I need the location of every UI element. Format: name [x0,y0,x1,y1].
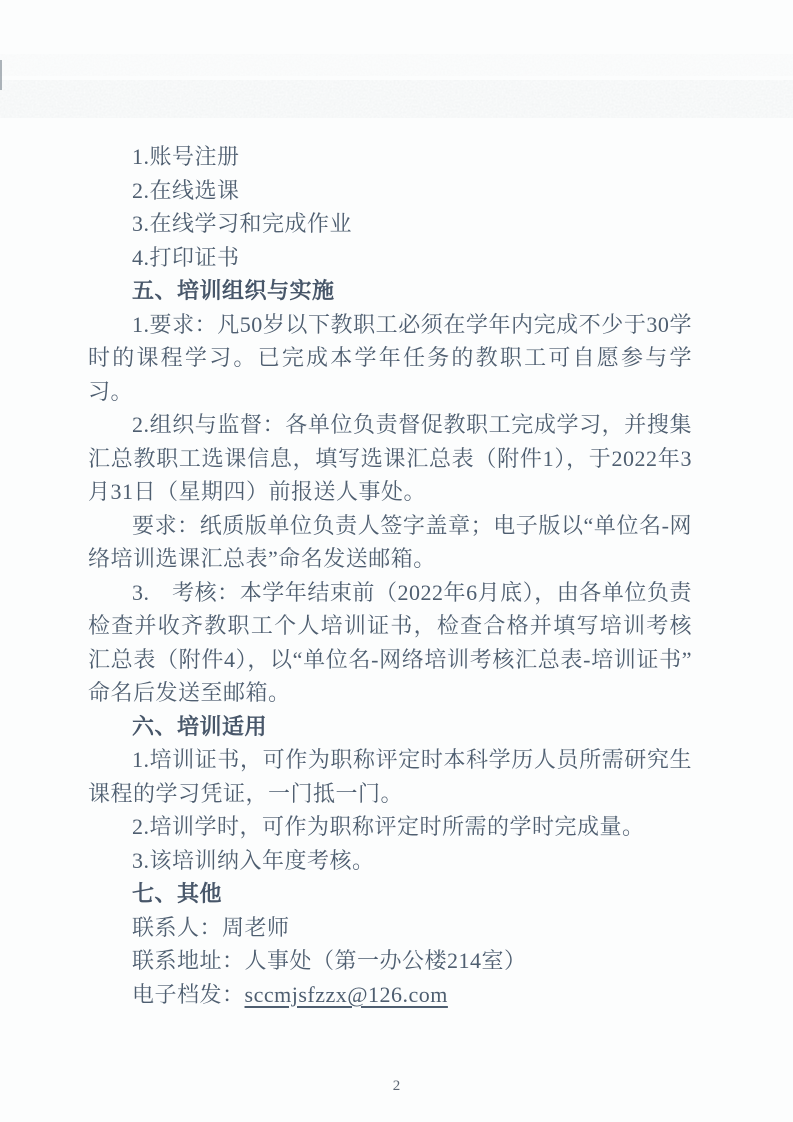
doc-line: 2.在线选课 [88,174,692,208]
doc-paragraph: 1.培训证书，可作为职称评定时本科学历人员所需研究生课程的学习凭证，一门抵一门。 [88,743,692,810]
document-page: 1.账号注册 2.在线选课 3.在线学习和完成作业 4.打印证书 五、培训组织与… [0,0,793,1122]
doc-paragraph: 1.要求：凡50岁以下教职工必须在学年内完成不少于30学时的课程学习。已完成本学… [88,308,692,409]
doc-paragraph: 3. 考核：本学年结束前（2022年6月底），由各单位负责检查并收齐教职工个人培… [88,576,692,710]
email-link[interactable]: sccmjsfzzx@126.com [245,982,448,1007]
contact-email-line: 电子档发：sccmjsfzzx@126.com [88,978,692,1012]
section-heading: 七、其他 [88,877,692,911]
contact-address-line: 联系地址：人事处（第一办公楼214室） [88,944,692,978]
email-label: 电子档发： [132,982,245,1007]
section-heading: 五、培训组织与实施 [88,274,692,308]
scan-noise-band [0,54,793,76]
doc-paragraph: 2.培训学时，可作为职称评定时所需的学时完成量。 [88,810,692,844]
doc-paragraph: 要求：纸质版单位负责人签字盖章；电子版以“单位名-网络培训选课汇总表”命名发送邮… [88,509,692,576]
document-body: 1.账号注册 2.在线选课 3.在线学习和完成作业 4.打印证书 五、培训组织与… [88,140,692,1011]
page-number: 2 [0,1078,793,1095]
section-heading: 六、培训适用 [88,710,692,744]
scan-edge-artifact [0,60,2,90]
doc-paragraph: 2.组织与监督：各单位负责督促教职工完成学习，并搜集汇总教职工选课信息，填写选课… [88,408,692,509]
doc-paragraph: 3.该培训纳入年度考核。 [88,844,692,878]
doc-line: 3.在线学习和完成作业 [88,207,692,241]
doc-line: 1.账号注册 [88,140,692,174]
contact-person-line: 联系人：周老师 [88,911,692,945]
doc-line: 4.打印证书 [88,241,692,275]
scan-noise-band [0,80,793,118]
